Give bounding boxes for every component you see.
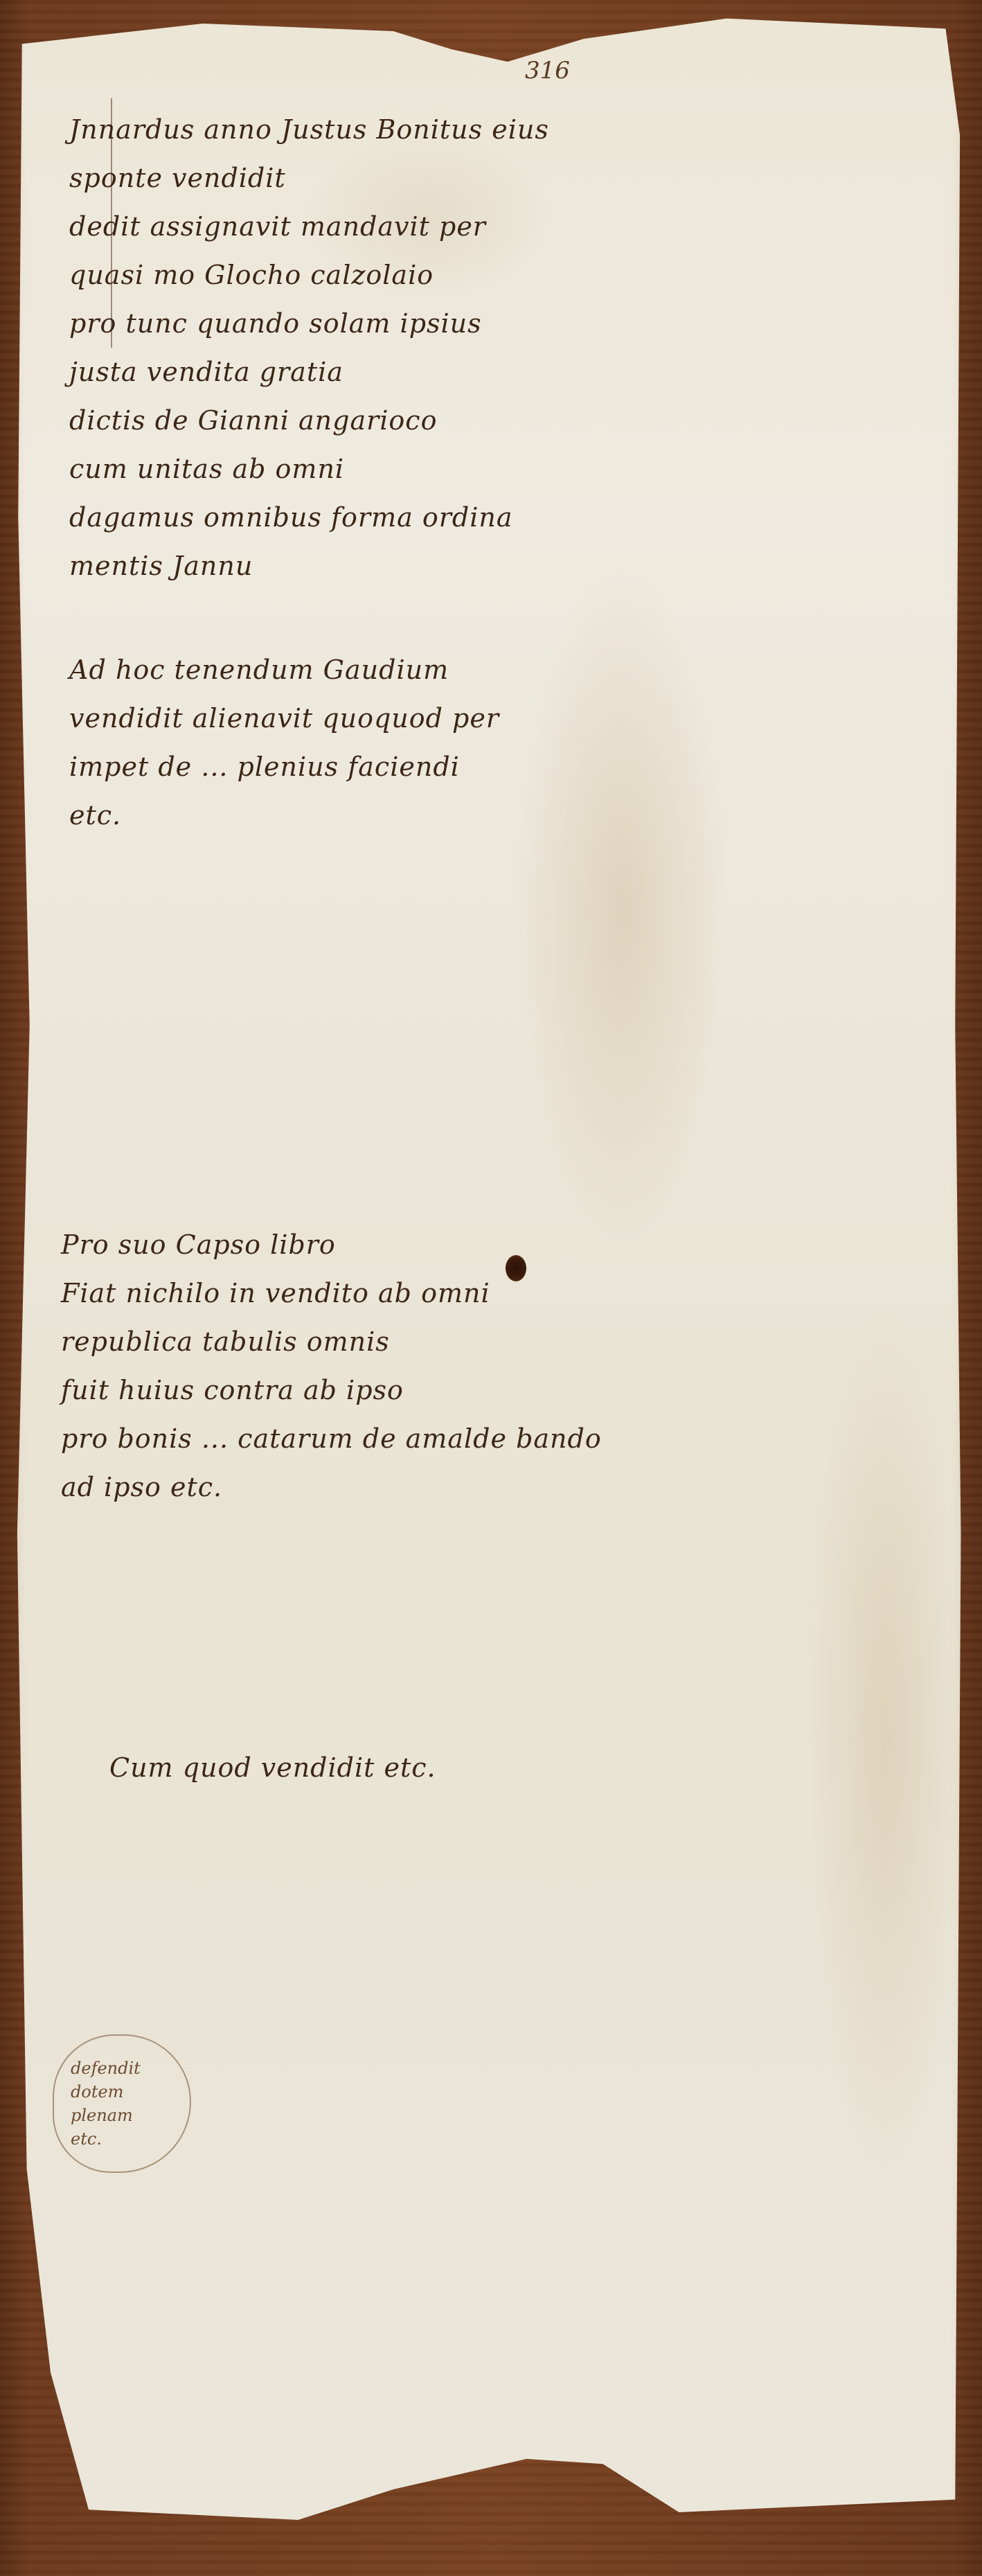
entry-4: Cum quod vendidit etc. bbox=[109, 1743, 436, 1792]
marginal-note-line: etc. bbox=[71, 2127, 190, 2151]
manuscript-leaf: 316 Jnnardus anno Justus Bonitus eius sp… bbox=[12, 8, 965, 2550]
entry-line: pro tunc quando solam ipsius bbox=[69, 299, 549, 348]
marginal-note-line: defendit bbox=[71, 2057, 190, 2080]
entry-line: fuit huius contra ab ipso bbox=[61, 1366, 602, 1414]
entry-line: republica tabulis omnis bbox=[61, 1317, 602, 1366]
entry-line: dagamus omnibus forma ordina bbox=[69, 493, 549, 542]
entry-3: Pro suo Capso libro Fiat nichilo in vend… bbox=[61, 1220, 602, 1511]
entry-line: ad ipso etc. bbox=[61, 1463, 602, 1511]
entry-line: mentis Jannu bbox=[69, 542, 549, 590]
entry-line: pro bonis ... catarum de amalde bando bbox=[61, 1414, 602, 1463]
entry-line: Cum quod vendidit etc. bbox=[109, 1743, 436, 1792]
marginal-note-line: plenam bbox=[71, 2104, 190, 2127]
folio-number: 316 bbox=[525, 57, 570, 85]
entry-line: Jnnardus anno Justus Bonitus eius bbox=[69, 105, 549, 154]
marginal-note-line: dotem bbox=[71, 2080, 190, 2104]
entry-line: Pro suo Capso libro bbox=[61, 1220, 602, 1269]
entry-line: impet de ... plenius faciendi bbox=[69, 743, 499, 791]
marginal-note: defendit dotem plenam etc. bbox=[53, 2034, 191, 2173]
entry-line: etc. bbox=[69, 791, 499, 840]
entry-line: Ad hoc tenendum Gaudium bbox=[69, 646, 499, 694]
entry-line: dictis de Gianni angarioco bbox=[69, 396, 549, 445]
entry-1: Jnnardus anno Justus Bonitus eius sponte… bbox=[69, 105, 549, 590]
entry-line: Fiat nichilo in vendito ab omni bbox=[61, 1269, 602, 1317]
entry-line: dedit assignavit mandavit per bbox=[69, 202, 549, 251]
entry-line: sponte vendidit bbox=[69, 154, 549, 202]
entry-line: justa vendita gratia bbox=[69, 348, 549, 396]
entry-line: vendidit alienavit quoquod per bbox=[69, 694, 499, 743]
entry-line: cum unitas ab omni bbox=[69, 445, 549, 493]
entry-line: quasi mo Glocho calzolaio bbox=[69, 251, 549, 299]
entry-2: Ad hoc tenendum Gaudium vendidit alienav… bbox=[69, 646, 499, 840]
